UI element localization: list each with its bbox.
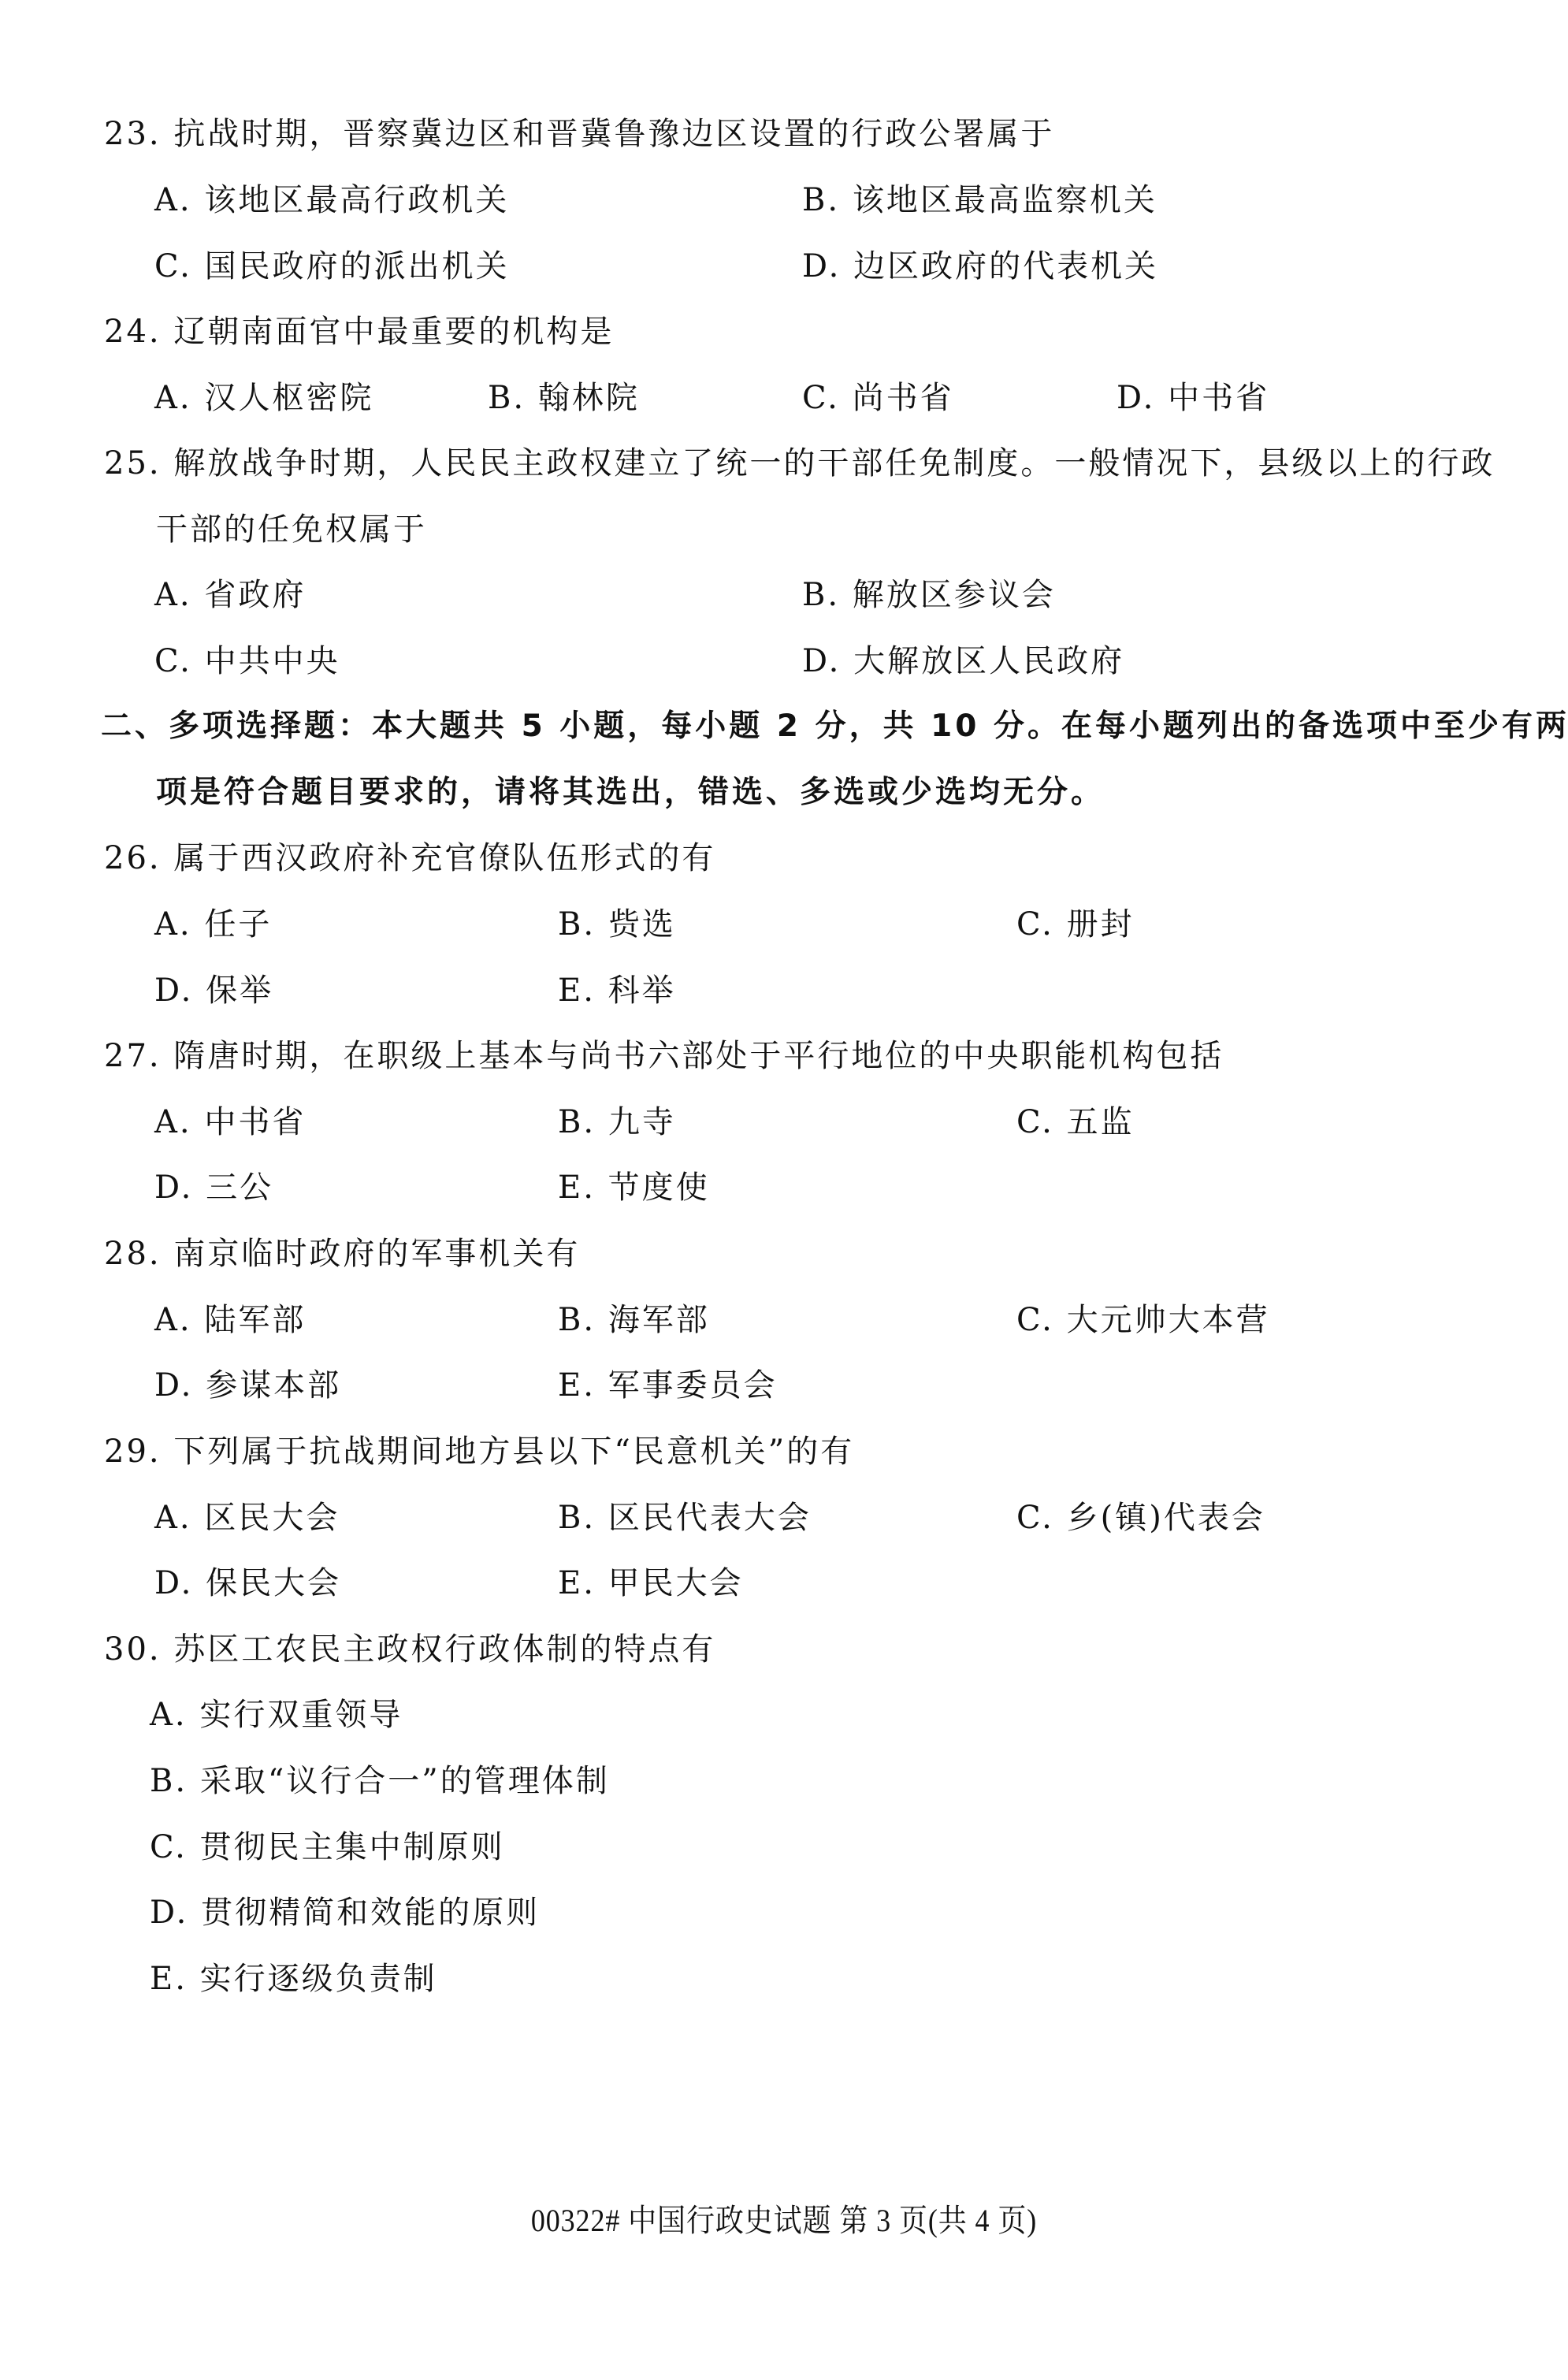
question-28-option-e: E. 军事委员会 <box>558 1352 778 1419</box>
question-27-option-c: C. 五监 <box>1016 1089 1135 1155</box>
question-25-option-d: D. 大解放区人民政府 <box>802 628 1124 694</box>
question-29-stem: 29. 下列属于抗战期间地方县以下“民意机关”的有 <box>104 1419 854 1485</box>
question-27-option-d: D. 三公 <box>154 1155 273 1221</box>
question-26-option-d: D. 保举 <box>154 958 273 1024</box>
question-24-stem: 24. 辽朝南面官中最重要的机构是 <box>104 299 614 365</box>
question-29-option-c: C. 乡(镇)代表会 <box>1016 1485 1265 1551</box>
question-28-stem: 28. 南京临时政府的军事机关有 <box>104 1221 580 1287</box>
question-28-option-b: B. 海军部 <box>558 1287 710 1353</box>
exam-page: 23. 抗战时期，晋察冀边区和晋冀鲁豫边区设置的行政公署属于 A. 该地区最高行… <box>0 0 1568 2380</box>
question-23-option-b: B. 该地区最高监察机关 <box>802 167 1157 233</box>
question-23-option-c: C. 国民政府的派出机关 <box>154 233 510 299</box>
question-29-options-row-1: A. 区民大会 B. 区民代表大会 C. 乡(镇)代表会 <box>0 1485 1568 1551</box>
question-26-option-e: E. 科举 <box>558 958 676 1024</box>
question-26-stem: 26. 属于西汉政府补充官僚队伍形式的有 <box>104 825 715 891</box>
question-29-option-d: D. 保民大会 <box>154 1550 341 1616</box>
question-30-option-e: E. 实行逐级负责制 <box>150 1946 437 2012</box>
question-26-option-a: A. 任子 <box>154 891 272 958</box>
question-24-option-a: A. 汉人枢密院 <box>154 365 373 431</box>
question-23-option-d: D. 边区政府的代表机关 <box>802 233 1158 299</box>
question-25-stem-continued: 干部的任免权属于 <box>156 496 427 563</box>
section-2-instructions: 二、多项选择题：本大题共 5 小题，每小题 2 分，共 10 分。在每小题列出的… <box>101 694 1568 760</box>
question-29-option-a: A. 区民大会 <box>154 1485 340 1551</box>
question-29-options-row-2: D. 保民大会 E. 甲民大会 <box>0 1550 1568 1616</box>
question-25-option-b: B. 解放区参议会 <box>802 562 1056 628</box>
question-25-option-c: C. 中共中央 <box>154 628 340 694</box>
question-23-option-a: A. 该地区最高行政机关 <box>154 167 509 233</box>
question-23-options-row-1: A. 该地区最高行政机关 B. 该地区最高监察机关 <box>0 167 1568 233</box>
question-25-stem: 25. 解放战争时期，人民民主政权建立了统一的干部任免制度。一般情况下，县级以上… <box>104 430 1495 496</box>
question-25-options-row-2: C. 中共中央 D. 大解放区人民政府 <box>0 628 1568 694</box>
question-26-options-row-1: A. 任子 B. 赀选 C. 册封 <box>0 891 1568 958</box>
question-24-option-c: C. 尚书省 <box>802 365 954 431</box>
question-23-options-row-2: C. 国民政府的派出机关 D. 边区政府的代表机关 <box>0 233 1568 299</box>
question-27-stem: 27. 隋唐时期，在职级上基本与尚书六部处于平行地位的中央职能机构包括 <box>104 1023 1224 1089</box>
question-30-option-b: B. 采取“议行合一”的管理体制 <box>150 1748 610 1814</box>
question-27-option-b: B. 九寺 <box>558 1089 676 1155</box>
question-25-options-row-1: A. 省政府 B. 解放区参议会 <box>0 562 1568 628</box>
question-29-option-b: B. 区民代表大会 <box>558 1485 812 1551</box>
question-29-option-e: E. 甲民大会 <box>558 1550 744 1616</box>
question-30-option-d: D. 贯彻精简和效能的原则 <box>150 1880 540 1946</box>
page-footer: 00322# 中国行政史试题 第 3 页(共 4 页) <box>79 2203 1490 2238</box>
question-27-options-row-1: A. 中书省 B. 九寺 C. 五监 <box>0 1089 1568 1155</box>
question-28-options-row-1: A. 陆军部 B. 海军部 C. 大元帅大本营 <box>0 1287 1568 1353</box>
question-26-option-b: B. 赀选 <box>558 891 676 958</box>
question-25-option-a: A. 省政府 <box>154 562 306 628</box>
question-28-option-a: A. 陆军部 <box>154 1287 306 1353</box>
question-24-option-b: B. 翰林院 <box>488 365 640 431</box>
question-28-options-row-2: D. 参谋本部 E. 军事委员会 <box>0 1352 1568 1419</box>
question-30-option-a: A. 实行双重领导 <box>150 1682 403 1748</box>
question-23-stem: 23. 抗战时期，晋察冀边区和晋冀鲁豫边区设置的行政公署属于 <box>104 101 1054 167</box>
question-24-options-row: A. 汉人枢密院 B. 翰林院 C. 尚书省 D. 中书省 <box>0 365 1568 431</box>
question-26-options-row-2: D. 保举 E. 科举 <box>0 958 1568 1024</box>
question-24-option-d: D. 中书省 <box>1117 365 1269 431</box>
section-2-instructions-continued: 项是符合题目要求的，请将其选出，错选、多选或少选均无分。 <box>156 760 1105 826</box>
question-30-option-c: C. 贯彻民主集中制原则 <box>150 1814 505 1880</box>
question-28-option-c: C. 大元帅大本营 <box>1016 1287 1270 1353</box>
question-27-options-row-2: D. 三公 E. 节度使 <box>0 1155 1568 1221</box>
question-26-option-c: C. 册封 <box>1016 891 1135 958</box>
question-27-option-a: A. 中书省 <box>154 1089 306 1155</box>
question-27-option-e: E. 节度使 <box>558 1155 710 1221</box>
question-30-stem: 30. 苏区工农民主政权行政体制的特点有 <box>104 1616 715 1683</box>
question-28-option-d: D. 参谋本部 <box>154 1352 341 1419</box>
